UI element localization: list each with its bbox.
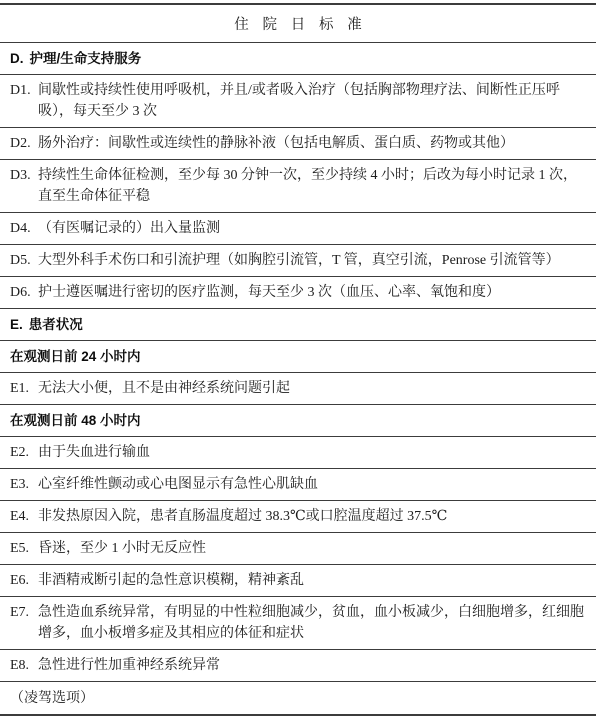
row-text: 在观测日前 24 小时内	[10, 346, 586, 367]
table-row: D6.护士遵医嘱进行密切的医疗监测，每天至少 3 次（血压、心率、氧饱和度）	[0, 277, 596, 309]
row-label: D.	[10, 48, 24, 69]
row-text: 急性造血系统异常，有明显的中性粒细胞减少，贫血，血小板减少，白细胞增多，红细胞增…	[38, 602, 586, 644]
row-text: 护士遵医嘱进行密切的医疗监测，每天至少 3 次（血压、心率、氧饱和度）	[38, 282, 586, 303]
section-row: 在观测日前 48 小时内	[0, 405, 596, 437]
table-row: E4.非发热原因入院，患者直肠温度超过 38.3℃或口腔温度超过 37.5℃	[0, 501, 596, 533]
table-row: E2.由于失血进行输血	[0, 437, 596, 469]
document-page: 住院日标准 D.护理/生命支持服务D1.间歇性或持续性使用呼吸机，并且/或者吸入…	[0, 0, 596, 721]
row-text: 由于失血进行输血	[38, 442, 586, 463]
row-text: （凌驾选项）	[10, 688, 586, 709]
table-row: E6.非酒精戒断引起的急性意识模糊，精神紊乱	[0, 565, 596, 597]
row-label: D1.	[10, 80, 38, 101]
row-label: D3.	[10, 165, 38, 186]
row-text: 持续性生命体征检测，至少每 30 分钟一次，至少持续 4 小时；后改为每小时记录…	[38, 165, 586, 207]
table-row: E5.昏迷，至少 1 小时无反应性	[0, 533, 596, 565]
section-row: D.护理/生命支持服务	[0, 43, 596, 75]
row-label: E3.	[10, 474, 38, 495]
row-text: 非发热原因入院，患者直肠温度超过 38.3℃或口腔温度超过 37.5℃	[38, 506, 586, 527]
row-label: E8.	[10, 655, 38, 676]
table-row: D5.大型外科手术伤口和引流护理（如胸腔引流管，T 管，真空引流，Penrose…	[0, 245, 596, 277]
row-text: 急性进行性加重神经系统异常	[38, 655, 586, 676]
row-label: D5.	[10, 250, 38, 271]
table-row: E8.急性进行性加重神经系统异常	[0, 650, 596, 682]
row-label: E4.	[10, 506, 38, 527]
row-text: 非酒精戒断引起的急性意识模糊，精神紊乱	[38, 570, 586, 591]
section-row: 在观测日前 24 小时内	[0, 341, 596, 373]
row-label: E5.	[10, 538, 38, 559]
row-text: 间歇性或持续性使用呼吸机，并且/或者吸入治疗（包括胸部物理疗法、间断性正压呼吸）…	[38, 80, 586, 122]
row-label: D4.	[10, 218, 38, 239]
table-row: E3.心室纤维性颤动或心电图显示有急性心肌缺血	[0, 469, 596, 501]
row-label: D6.	[10, 282, 38, 303]
row-label: E1.	[10, 378, 38, 399]
table-title-row: 住院日标准	[0, 5, 596, 43]
row-text: 护理/生命支持服务	[30, 48, 587, 69]
row-text: 在观测日前 48 小时内	[10, 410, 586, 431]
row-text: 昏迷，至少 1 小时无反应性	[38, 538, 586, 559]
table-row: D1.间歇性或持续性使用呼吸机，并且/或者吸入治疗（包括胸部物理疗法、间断性正压…	[0, 75, 596, 128]
row-text: 大型外科手术伤口和引流护理（如胸腔引流管，T 管，真空引流，Penrose 引流…	[38, 250, 586, 271]
row-text: 肠外治疗：间歇性或连续性的静脉补液（包括电解质、蛋白质、药物或其他）	[38, 133, 586, 154]
standards-table: 住院日标准 D.护理/生命支持服务D1.间歇性或持续性使用呼吸机，并且/或者吸入…	[0, 3, 596, 716]
table-title: 住院日标准	[234, 13, 375, 34]
row-text: （有医嘱记录的）出入量监测	[38, 218, 586, 239]
table-row: E1.无法大小便，且不是由神经系统问题引起	[0, 373, 596, 405]
row-text: 无法大小便，且不是由神经系统问题引起	[38, 378, 586, 399]
row-label: D2.	[10, 133, 38, 154]
row-label: E7.	[10, 602, 38, 623]
section-row: E.患者状况	[0, 309, 596, 341]
table-rows: D.护理/生命支持服务D1.间歇性或持续性使用呼吸机，并且/或者吸入治疗（包括胸…	[0, 43, 596, 714]
row-text: 患者状况	[29, 314, 586, 335]
row-label: E6.	[10, 570, 38, 591]
table-row: （凌驾选项）	[0, 682, 596, 714]
table-row: D4.（有医嘱记录的）出入量监测	[0, 213, 596, 245]
table-row: D2.肠外治疗：间歇性或连续性的静脉补液（包括电解质、蛋白质、药物或其他）	[0, 128, 596, 160]
table-row: E7.急性造血系统异常，有明显的中性粒细胞减少，贫血，血小板减少，白细胞增多，红…	[0, 597, 596, 650]
table-row: D3.持续性生命体征检测，至少每 30 分钟一次，至少持续 4 小时；后改为每小…	[0, 160, 596, 213]
row-label: E.	[10, 314, 23, 335]
row-text: 心室纤维性颤动或心电图显示有急性心肌缺血	[38, 474, 586, 495]
row-label: E2.	[10, 442, 38, 463]
